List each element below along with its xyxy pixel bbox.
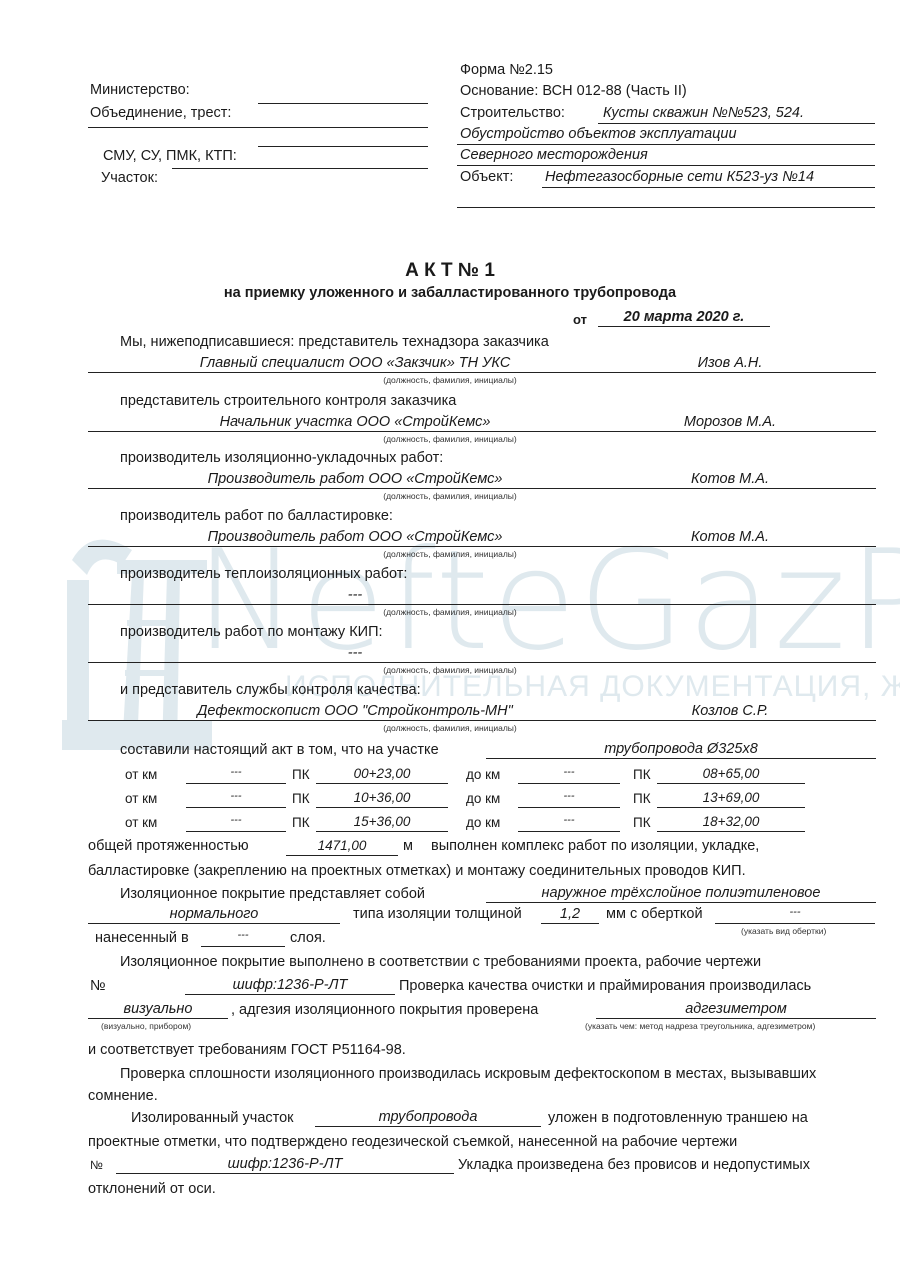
to-pk-field[interactable] — [657, 814, 805, 832]
from-km-label: от км — [125, 791, 157, 806]
drawing-no-field[interactable] — [185, 977, 395, 995]
association-label: Объединение, трест: — [90, 105, 231, 121]
applied-label: нанесенный в — [95, 930, 189, 946]
adhesion-field[interactable] — [596, 1001, 876, 1019]
date-prefix: от — [573, 312, 587, 327]
from-pk-field[interactable] — [316, 790, 448, 808]
thickness-field[interactable] — [541, 906, 599, 924]
section-label: Участок: — [101, 170, 158, 186]
construction-field-line3[interactable] — [457, 148, 875, 166]
basis-text: Основание: ВСН 012-88 (Часть II) — [460, 83, 687, 99]
coating-label: Изоляционное покрытие представляет собой — [120, 886, 425, 902]
participant-field[interactable] — [88, 470, 876, 489]
compliance-text: Изоляционное покрытие выполнено в соотве… — [120, 954, 761, 970]
from-pk-label: ПК — [292, 815, 310, 830]
thickness-unit: мм с оберткой — [606, 906, 703, 922]
layers-suffix: слоя. — [290, 930, 326, 946]
works-text-2: балластировке (закреплению на проектных … — [88, 863, 746, 879]
construction-label: Строительство: — [460, 105, 565, 121]
to-km-field[interactable] — [518, 766, 620, 784]
from-km-field[interactable] — [186, 814, 286, 832]
to-km-field[interactable] — [518, 814, 620, 832]
wrap-field[interactable] — [715, 906, 875, 924]
section-field[interactable] — [172, 168, 428, 169]
from-km-label: от км — [125, 767, 157, 782]
association-field-line2[interactable] — [88, 127, 428, 128]
construction-field-line2[interactable] — [457, 127, 875, 145]
wrap-caption: (указать вид обертки) — [741, 926, 826, 936]
participant-field[interactable] — [88, 528, 876, 547]
from-pk-field[interactable] — [316, 766, 448, 784]
from-km-label: от км — [125, 815, 157, 830]
act-subtitle: на приемку уложенного и забалластированн… — [0, 285, 900, 301]
association-field[interactable] — [258, 103, 428, 104]
participant-field[interactable] — [88, 702, 876, 721]
participant-caption: (должность, фамилия, инициалы) — [0, 607, 900, 617]
participant-field[interactable] — [88, 413, 876, 432]
participant-role-label: Мы, нижеподписавшиеся: представитель тех… — [120, 334, 549, 350]
isolated-label: Изолированный участок — [131, 1110, 294, 1126]
ministry-label: Министерство: — [90, 82, 190, 98]
to-km-field[interactable] — [518, 790, 620, 808]
to-km-label: до км — [466, 791, 500, 806]
participant-role-label: представитель строительного контроля зак… — [120, 393, 456, 409]
laying-text-1: Укладка произведена без провисов и недоп… — [458, 1157, 810, 1173]
participant-caption: (должность, фамилия, инициалы) — [0, 549, 900, 559]
section-intro: составили настоящий акт в том, что на уч… — [120, 742, 439, 758]
length-label: общей протяженностью — [88, 838, 249, 854]
participant-field[interactable] — [88, 586, 876, 605]
participant-field[interactable] — [88, 354, 876, 373]
participant-field[interactable] — [88, 644, 876, 663]
from-km-field[interactable] — [186, 766, 286, 784]
to-pk-label: ПК — [633, 767, 651, 782]
isolated-text: уложен в подготовленную траншею на — [548, 1110, 808, 1126]
works-text-1: выполнен комплекс работ по изоляции, укл… — [431, 838, 759, 854]
from-km-field[interactable] — [186, 790, 286, 808]
adhesion-text: , адгезия изоляционного покрытия провере… — [231, 1002, 538, 1018]
survey-text: проектные отметки, что подтверждено геод… — [88, 1134, 737, 1150]
participant-role-label: производитель теплоизоляционных работ: — [120, 566, 407, 582]
to-km-label: до км — [466, 767, 500, 782]
construction-field[interactable] — [598, 105, 875, 124]
participant-caption: (должность, фамилия, инициалы) — [0, 665, 900, 675]
act-title: А К Т № 1 — [0, 260, 900, 282]
coating-type-field[interactable] — [88, 906, 340, 924]
object-label: Объект: — [460, 169, 513, 185]
participant-caption: (должность, фамилия, инициалы) — [0, 375, 900, 385]
continuity-text-2: сомнение. — [88, 1088, 158, 1104]
date-field[interactable] — [598, 309, 770, 327]
coating-type-label: типа изоляции толщиной — [353, 906, 522, 922]
coating-field[interactable] — [486, 885, 876, 903]
laying-text-2: отклонений от оси. — [88, 1181, 216, 1197]
participant-role-label: и представитель службы контроля качества… — [120, 682, 421, 698]
quality-check-text: Проверка качества очистки и праймировани… — [399, 978, 811, 994]
to-pk-field[interactable] — [657, 790, 805, 808]
drawing2-no-field[interactable] — [116, 1156, 454, 1174]
participant-caption: (должность, фамилия, инициалы) — [0, 491, 900, 501]
length-field[interactable] — [286, 838, 398, 856]
smu-field[interactable] — [258, 146, 428, 147]
to-pk-label: ПК — [633, 791, 651, 806]
form-number: Форма №2.15 — [460, 62, 553, 78]
continuity-text-1: Проверка сплошности изоляционного произв… — [120, 1066, 816, 1082]
drawing2-no-label: № — [90, 1158, 103, 1172]
to-pk-label: ПК — [633, 815, 651, 830]
check-method-field[interactable] — [88, 1001, 228, 1019]
object-field[interactable] — [542, 170, 875, 188]
isolated-field[interactable] — [315, 1109, 541, 1127]
gost-text: и соответствует требованиям ГОСТ Р51164-… — [88, 1042, 406, 1058]
adhesion-caption: (указать чем: метод надреза треугольника… — [585, 1021, 815, 1031]
participant-role-label: производитель изоляционно-укладочных раб… — [120, 450, 443, 466]
from-pk-label: ПК — [292, 791, 310, 806]
participant-role-label: производитель работ по балластировке: — [120, 508, 393, 524]
length-unit: м — [403, 838, 413, 854]
smu-label: СМУ, СУ, ПМК, КТП: — [103, 148, 237, 164]
section-field[interactable] — [486, 741, 876, 759]
to-pk-field[interactable] — [657, 766, 805, 784]
participant-caption: (должность, фамилия, инициалы) — [0, 434, 900, 444]
drawing-no-label: № — [90, 978, 106, 994]
to-km-label: до км — [466, 815, 500, 830]
layers-field[interactable] — [201, 929, 285, 947]
from-pk-label: ПК — [292, 767, 310, 782]
from-pk-field[interactable] — [316, 814, 448, 832]
participant-role-label: производитель работ по монтажу КИП: — [120, 624, 383, 640]
check-method-caption: (визуально, прибором) — [101, 1021, 191, 1031]
object-field-line2[interactable] — [457, 190, 875, 208]
participant-caption: (должность, фамилия, инициалы) — [0, 723, 900, 733]
